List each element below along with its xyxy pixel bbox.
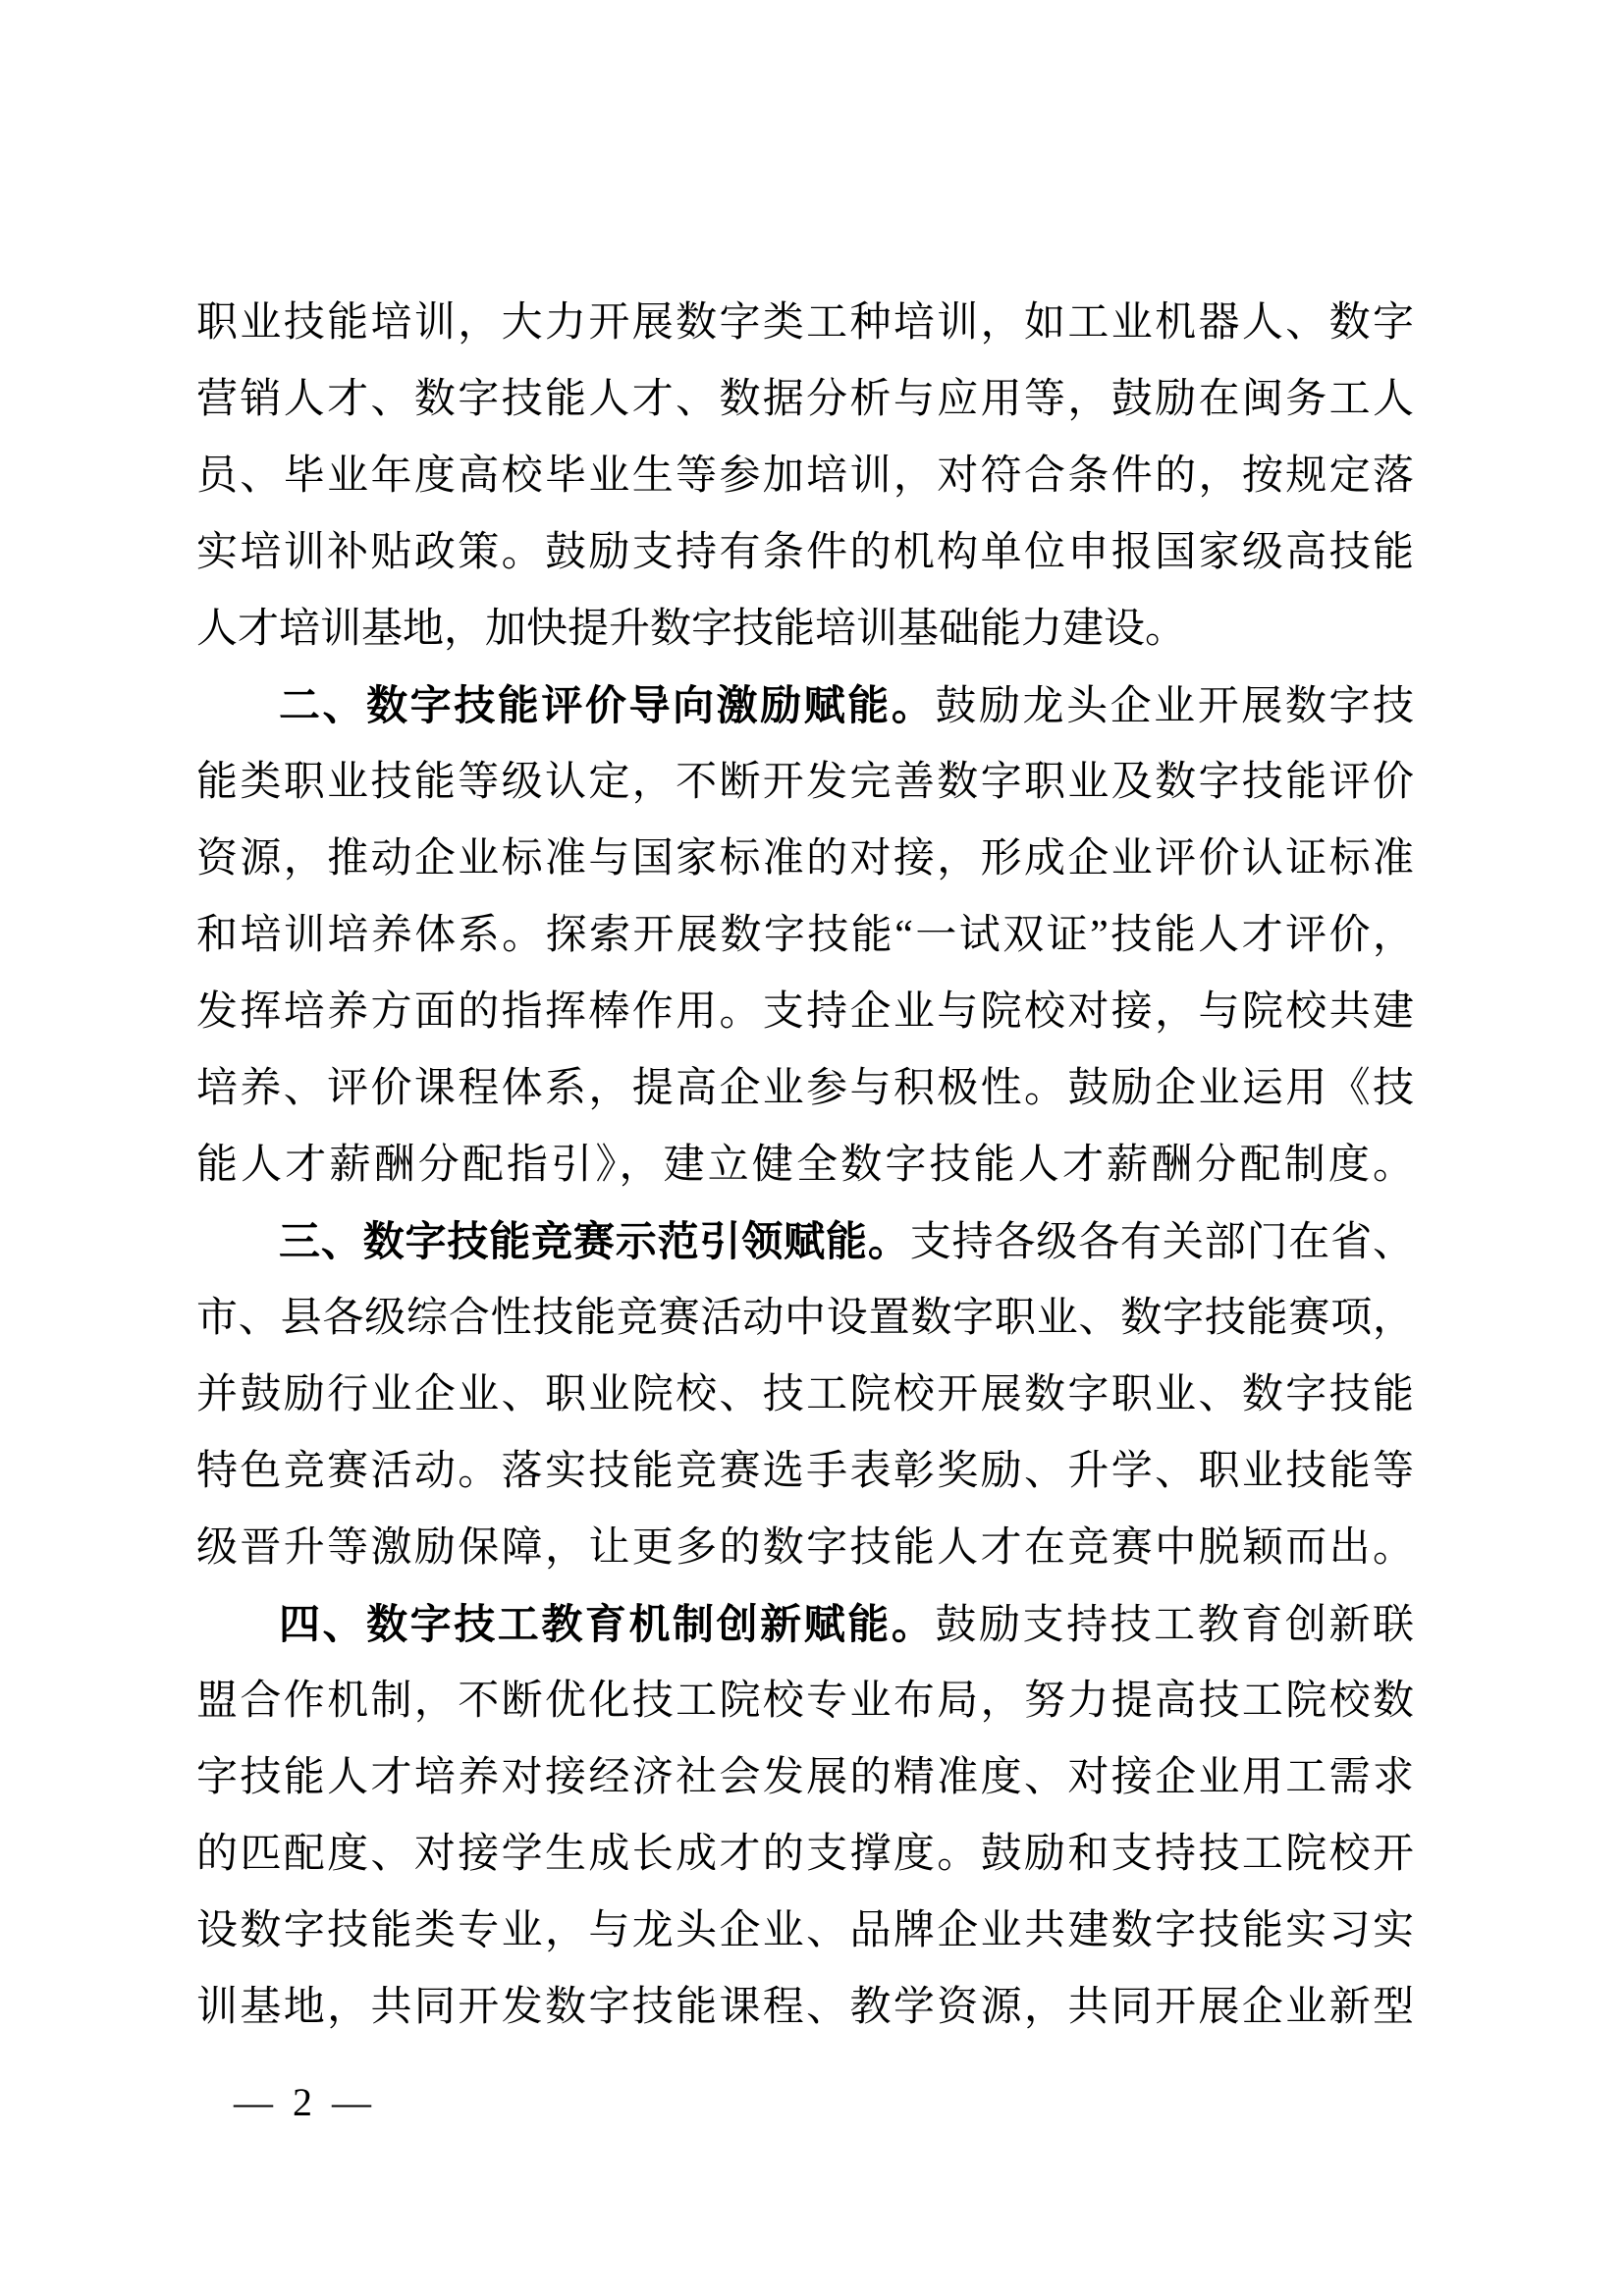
text-line: 员、毕业年度高校毕业生等参加培训，对符合条件的，按规定落 xyxy=(196,438,1414,514)
body-text: 的匹配度、对接学生成长成才的支撑度。鼓励和支持技工院校开 xyxy=(196,1832,1414,1877)
text-line: 并鼓励行业企业、职业院校、技工院校开展数字职业、数字技能 xyxy=(196,1357,1414,1433)
text-line: 训基地，共同开发数字技能课程、教学资源，共同开展企业新型 xyxy=(196,1969,1414,2046)
paragraph-section-4-technician-education: 四、数字技工教育机制创新赋能。鼓励支持技工教育创新联盟合作机制，不断优化技工院校… xyxy=(196,1586,1414,2046)
body-text: 能类职业技能等级认定，不断开发完善数字职业及数字技能评价 xyxy=(196,760,1414,805)
text-line: 三、数字技能竞赛示范引领赋能。支持各级各有关部门在省、 xyxy=(196,1203,1414,1280)
section-heading-text: 二、数字技能评价导向激励赋能。 xyxy=(279,682,935,728)
text-line: 四、数字技工教育机制创新赋能。鼓励支持技工教育创新联 xyxy=(196,1586,1414,1663)
body-text: 市、县各级综合性技能竞赛活动中设置数字职业、数字技能赛项， xyxy=(196,1296,1414,1341)
body-text: 鼓励支持技工教育创新联 xyxy=(935,1603,1414,1648)
body-text: 训基地，共同开发数字技能课程、教学资源，共同开展企业新型 xyxy=(196,1985,1414,2030)
paragraph-section-2-evaluation: 二、数字技能评价导向激励赋能。鼓励龙头企业开展数字技能类职业技能等级认定，不断开… xyxy=(196,667,1414,1203)
body-text: 设数字技能类专业，与龙头企业、品牌企业共建数字技能实习实 xyxy=(196,1908,1414,1953)
section-heading-text: 三、数字技能竞赛示范引领赋能。 xyxy=(279,1218,910,1264)
body-text: 能人才薪酬分配指引》，建立健全数字技能人才薪酬分配制度。 xyxy=(196,1143,1414,1188)
text-line: 字技能人才培养对接经济社会发展的精准度、对接企业用工需求 xyxy=(196,1739,1414,1816)
text-line: 能类职业技能等级认定，不断开发完善数字职业及数字技能评价 xyxy=(196,744,1414,821)
paragraph-training-continuation: 职业技能培训，大力开展数字类工种培训，如工业机器人、数字营销人才、数字技能人才、… xyxy=(196,285,1414,667)
body-text: 人才培训基地，加快提升数字技能培训基础能力建设。 xyxy=(196,607,1186,652)
body-text: 资源，推动企业标准与国家标准的对接，形成企业评价认证标准 xyxy=(196,836,1414,881)
text-line: 资源，推动企业标准与国家标准的对接，形成企业评价认证标准 xyxy=(196,821,1414,897)
text-line: 营销人才、数字技能人才、数据分析与应用等，鼓励在闽务工人 xyxy=(196,361,1414,438)
section-heading-text: 四、数字技工教育机制创新赋能。 xyxy=(279,1601,935,1647)
text-line: 实培训补贴政策。鼓励支持有条件的机构单位申报国家级高技能 xyxy=(196,514,1414,591)
text-line: 的匹配度、对接学生成长成才的支撑度。鼓励和支持技工院校开 xyxy=(196,1816,1414,1893)
body-text: 字技能人才培养对接经济社会发展的精准度、对接企业用工需求 xyxy=(196,1755,1414,1800)
paragraph-section-3-competition: 三、数字技能竞赛示范引领赋能。支持各级各有关部门在省、市、县各级综合性技能竞赛活… xyxy=(196,1203,1414,1586)
text-line: 特色竞赛活动。落实技能竞赛选手表彰奖励、升学、职业技能等 xyxy=(196,1433,1414,1510)
text-line: 级晋升等激励保障，让更多的数字技能人才在竞赛中脱颖而出。 xyxy=(196,1510,1414,1586)
body-text: 发挥培养方面的指挥棒作用。支持企业与院校对接，与院校共建 xyxy=(196,989,1414,1035)
body-text: 特色竞赛活动。落实技能竞赛选手表彰奖励、升学、职业技能等 xyxy=(196,1449,1414,1494)
body-text: 职业技能培训，大力开展数字类工种培训，如工业机器人、数字 xyxy=(196,300,1414,346)
body-text: 并鼓励行业企业、职业院校、技工院校开展数字职业、数字技能 xyxy=(196,1372,1414,1417)
text-line: 能人才薪酬分配指引》，建立健全数字技能人才薪酬分配制度。 xyxy=(196,1127,1414,1203)
text-line: 培养、评价课程体系，提高企业参与积极性。鼓励企业运用《技 xyxy=(196,1050,1414,1127)
document-page: 职业技能培训，大力开展数字类工种培训，如工业机器人、数字营销人才、数字技能人才、… xyxy=(0,0,1624,2296)
text-line: 市、县各级综合性技能竞赛活动中设置数字职业、数字技能赛项， xyxy=(196,1280,1414,1357)
body-text: 鼓励龙头企业开展数字技 xyxy=(935,684,1414,729)
body-text: 营销人才、数字技能人才、数据分析与应用等，鼓励在闽务工人 xyxy=(196,377,1414,422)
body-text: 盟合作机制，不断优化技工院校专业布局，努力提高技工院校数 xyxy=(196,1679,1414,1724)
body-text: 实培训补贴政策。鼓励支持有条件的机构单位申报国家级高技能 xyxy=(196,530,1414,575)
text-line: 和培训培养体系。探索开展数字技能“一试双证”技能人才评价， xyxy=(196,897,1414,974)
body-text: 员、毕业年度高校毕业生等参加培训，对符合条件的，按规定落 xyxy=(196,454,1414,499)
body-text: 级晋升等激励保障，让更多的数字技能人才在竞赛中脱颖而出。 xyxy=(196,1525,1414,1571)
document-body: 职业技能培训，大力开展数字类工种培训，如工业机器人、数字营销人才、数字技能人才、… xyxy=(196,285,1414,2046)
body-text: 支持各级各有关部门在省、 xyxy=(910,1220,1414,1265)
text-line: 设数字技能类专业，与龙头企业、品牌企业共建数字技能实习实 xyxy=(196,1893,1414,1969)
text-line: 盟合作机制，不断优化技工院校专业布局，努力提高技工院校数 xyxy=(196,1663,1414,1739)
page-number: — 2 — xyxy=(234,2079,376,2126)
text-line: 二、数字技能评价导向激励赋能。鼓励龙头企业开展数字技 xyxy=(196,667,1414,744)
body-text: 和培训培养体系。探索开展数字技能“一试双证”技能人才评价， xyxy=(196,913,1414,958)
text-line: 职业技能培训，大力开展数字类工种培训，如工业机器人、数字 xyxy=(196,285,1414,361)
text-line: 发挥培养方面的指挥棒作用。支持企业与院校对接，与院校共建 xyxy=(196,974,1414,1050)
body-text: 培养、评价课程体系，提高企业参与积极性。鼓励企业运用《技 xyxy=(196,1066,1414,1111)
text-line: 人才培训基地，加快提升数字技能培训基础能力建设。 xyxy=(196,591,1414,667)
